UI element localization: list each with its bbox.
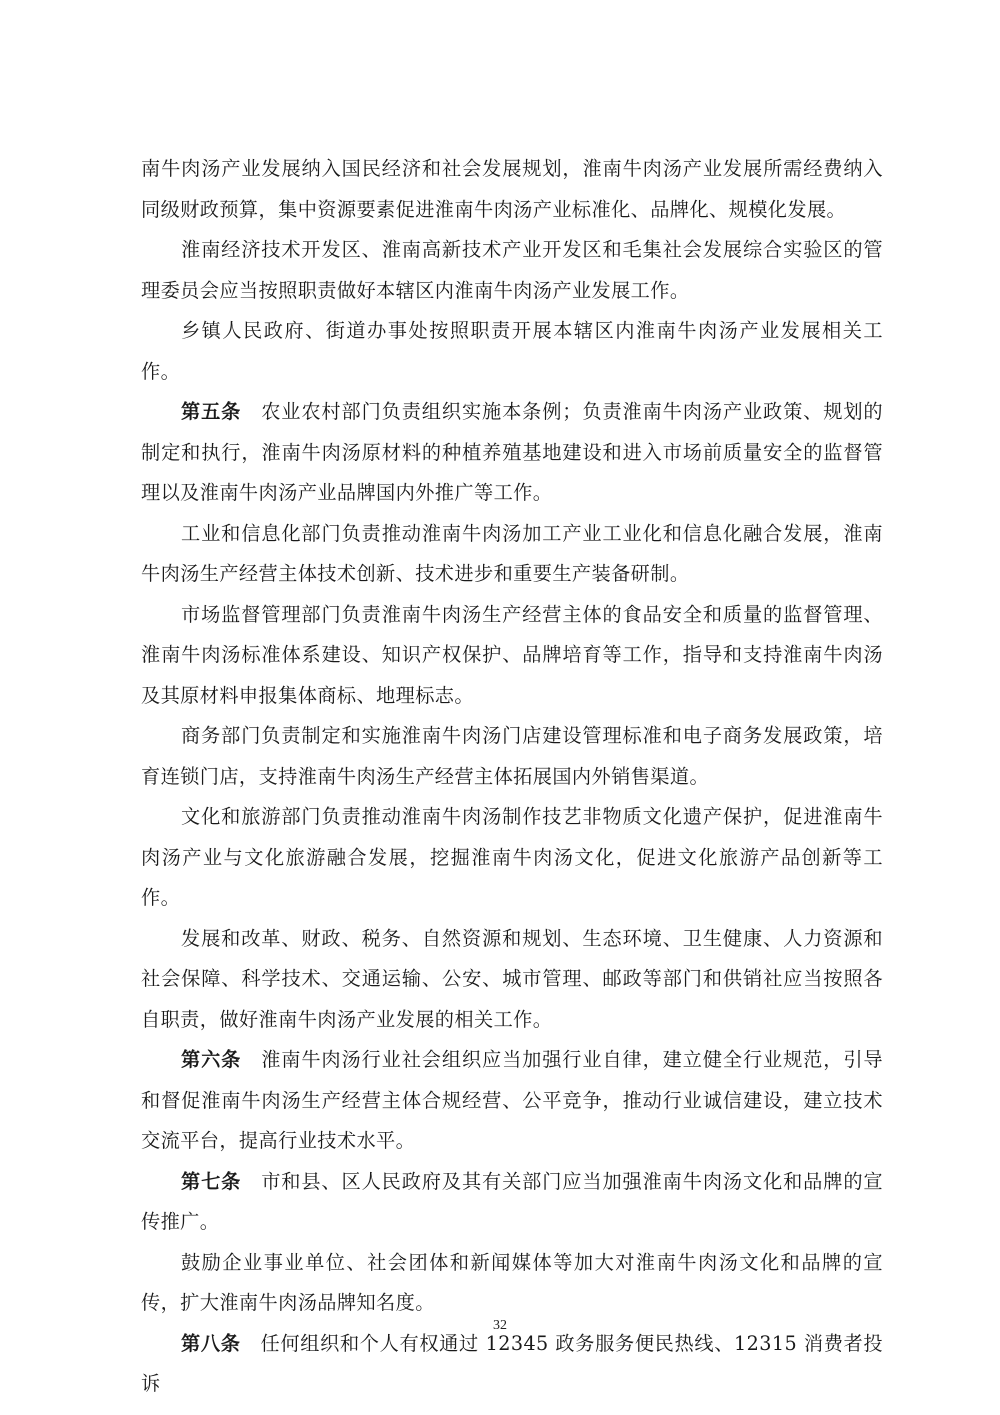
- paragraph-text: 市场监督管理部门负责淮南牛肉汤生产经营主体的食品安全和质量的监督管理、淮南牛肉汤…: [141, 603, 883, 707]
- paragraph-industry-it: 工业和信息化部门负责推动淮南牛肉汤加工产业工业化和信息化融合发展，淮南牛肉汤生产…: [141, 514, 883, 595]
- paragraph-text: 淮南牛肉汤行业社会组织应当加强行业自律，建立健全行业规范，引导和督促淮南牛肉汤生…: [141, 1048, 883, 1152]
- document-body: 南牛肉汤产业发展纳入国民经济和社会发展规划，淮南牛肉汤产业发展所需经费纳入同级财…: [141, 149, 883, 1405]
- paragraph-encourage-publicity: 鼓励企业事业单位、社会团体和新闻媒体等加大对淮南牛肉汤文化和品牌的宣传，扩大淮南…: [141, 1243, 883, 1324]
- paragraph-continuation: 南牛肉汤产业发展纳入国民经济和社会发展规划，淮南牛肉汤产业发展所需经费纳入同级财…: [141, 149, 883, 230]
- paragraph-text: 工业和信息化部门负责推动淮南牛肉汤加工产业工业化和信息化融合发展，淮南牛肉汤生产…: [141, 522, 883, 586]
- article-number: 第五条: [181, 400, 241, 423]
- article-number: 第八条: [181, 1332, 241, 1355]
- paragraph-text: 农业农村部门负责组织实施本条例；负责淮南牛肉汤产业政策、规划的制定和执行，淮南牛…: [141, 400, 883, 504]
- article-8: 第八条任何组织和个人有权通过 12345 政务服务便民热线、12315 消费者投…: [141, 1324, 883, 1405]
- paragraph-commerce: 商务部门负责制定和实施淮南牛肉汤门店建设管理标准和电子商务发展政策，培育连锁门店…: [141, 716, 883, 797]
- paragraph-text: 市和县、区人民政府及其有关部门应当加强淮南牛肉汤文化和品牌的宣传推广。: [141, 1170, 883, 1234]
- paragraph-text: 乡镇人民政府、街道办事处按照职责开展本辖区内淮南牛肉汤产业发展相关工作。: [141, 319, 883, 383]
- article-number: 第六条: [181, 1048, 241, 1071]
- paragraph-text: 鼓励企业事业单位、社会团体和新闻媒体等加大对淮南牛肉汤文化和品牌的宣传，扩大淮南…: [141, 1251, 883, 1315]
- paragraph-development-zones: 淮南经济技术开发区、淮南高新技术产业开发区和毛集社会发展综合实验区的管理委员会应…: [141, 230, 883, 311]
- paragraph-market-supervision: 市场监督管理部门负责淮南牛肉汤生产经营主体的食品安全和质量的监督管理、淮南牛肉汤…: [141, 595, 883, 717]
- paragraph-text: 淮南经济技术开发区、淮南高新技术产业开发区和毛集社会发展综合实验区的管理委员会应…: [141, 238, 883, 302]
- paragraph-culture-tourism: 文化和旅游部门负责推动淮南牛肉汤制作技艺非物质文化遗产保护，促进淮南牛肉汤产业与…: [141, 797, 883, 919]
- article-6: 第六条淮南牛肉汤行业社会组织应当加强行业自律，建立健全行业规范，引导和督促淮南牛…: [141, 1040, 883, 1162]
- paragraph-text: 文化和旅游部门负责推动淮南牛肉汤制作技艺非物质文化遗产保护，促进淮南牛肉汤产业与…: [141, 805, 883, 909]
- page-number: 32: [0, 1318, 1000, 1334]
- paragraph-text: 发展和改革、财政、税务、自然资源和规划、生态环境、卫生健康、人力资源和社会保障、…: [141, 927, 883, 1031]
- paragraph-text: 任何组织和个人有权通过 12345 政务服务便民热线、12315 消费者投诉: [141, 1332, 883, 1396]
- paragraph-text: 商务部门负责制定和实施淮南牛肉汤门店建设管理标准和电子商务发展政策，培育连锁门店…: [141, 724, 883, 788]
- article-7: 第七条市和县、区人民政府及其有关部门应当加强淮南牛肉汤文化和品牌的宣传推广。: [141, 1162, 883, 1243]
- paragraph-towns: 乡镇人民政府、街道办事处按照职责开展本辖区内淮南牛肉汤产业发展相关工作。: [141, 311, 883, 392]
- paragraph-text: 南牛肉汤产业发展纳入国民经济和社会发展规划，淮南牛肉汤产业发展所需经费纳入同级财…: [141, 157, 883, 221]
- article-5: 第五条农业农村部门负责组织实施本条例；负责淮南牛肉汤产业政策、规划的制定和执行，…: [141, 392, 883, 514]
- article-number: 第七条: [181, 1170, 241, 1193]
- paragraph-other-departments: 发展和改革、财政、税务、自然资源和规划、生态环境、卫生健康、人力资源和社会保障、…: [141, 919, 883, 1041]
